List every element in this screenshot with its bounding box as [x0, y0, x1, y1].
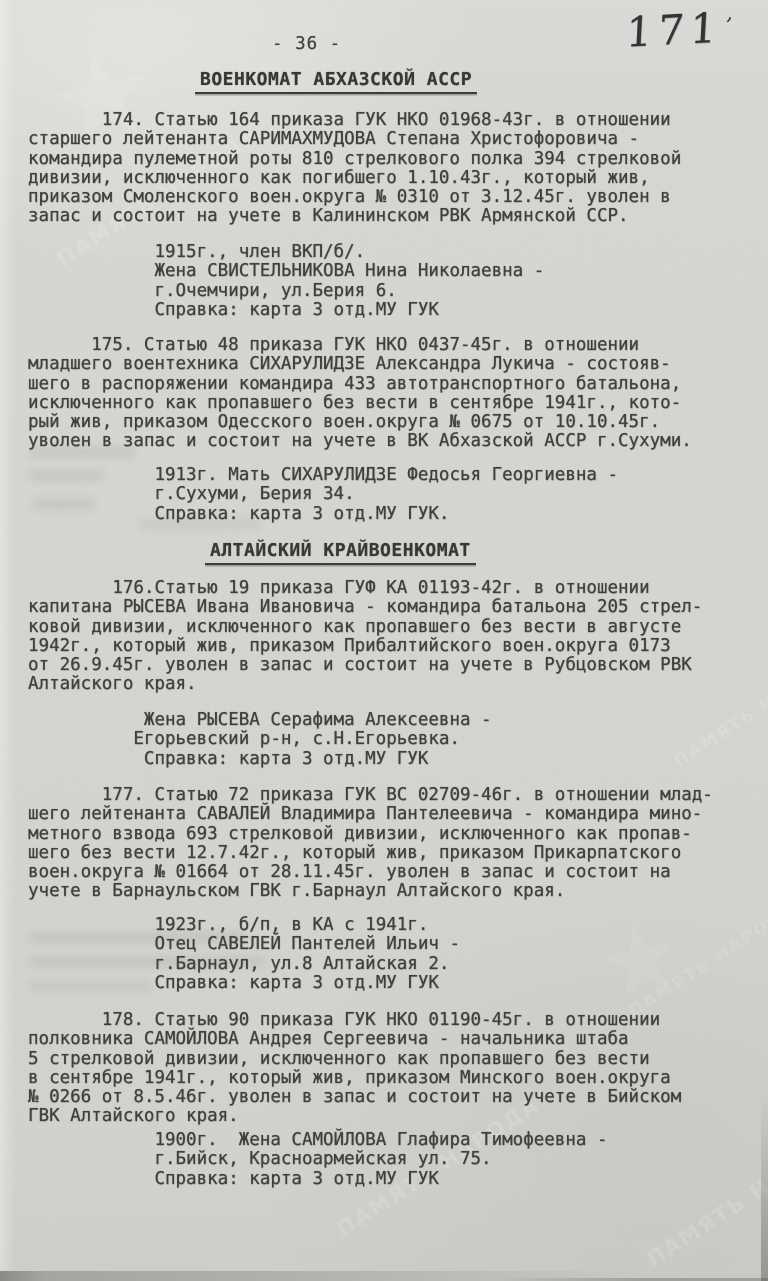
- handwritten-tick-mark: ’: [721, 14, 733, 40]
- section-title-voenkomat-abkhazskoy-assr: ВОЕНКОМАТ АБХАЗСКОЙ АССР: [200, 69, 477, 94]
- entry-178-details: 1900г. Жена САМОЙЛОВА Глафира Тимофеевна…: [28, 1131, 758, 1189]
- document-page: ★ ★ ★ ПАМЯТЬ НАРОДА ПАМЯТЬ НАРОДА ПАМЯТЬ…: [0, 0, 768, 1281]
- entry-175-details: 1913г. Мать СИХАРУЛИДЗЕ Федосья Георгиев…: [28, 466, 758, 524]
- section-title-text: ВОЕНКОМАТ АБХАЗСКОЙ АССР: [195, 69, 477, 94]
- entry-175-body: 175. Статью 48 приказа ГУК НКО 0437-45г.…: [28, 336, 758, 452]
- typed-page-number: - 36 -: [272, 34, 341, 54]
- handwritten-page-number: 171: [625, 3, 724, 56]
- entry-176-body: 176.Статью 19 приказа ГУФ КА 01193-42г. …: [28, 579, 758, 695]
- entry-178-body: 178. Статью 90 приказа ГУК НКО 01190-45г…: [28, 1011, 758, 1127]
- section-title-text: АЛТАЙСКИЙ КРАЙВОЕНКОМАТ: [205, 540, 476, 565]
- entry-174-body: 174. Статью 164 приказа ГУК НКО 01968-43…: [28, 111, 758, 227]
- section-title-altayskiy-krayvoenkomat: АЛТАЙСКИЙ КРАЙВОЕНКОМАТ: [210, 540, 476, 565]
- page-edge-left: [0, 0, 15, 1281]
- page-edge-right: [761, 1091, 768, 1281]
- entry-176-details: Жена РЫСЕВА Серафима Алексеевна - Егорье…: [28, 711, 758, 769]
- page-edge-bottom: [0, 1271, 768, 1281]
- entry-177-body: 177. Статью 72 приказа ГУК ВС 02709-46г.…: [28, 786, 758, 902]
- entry-177-details: 1923г., б/п, в КА с 1941г. Отец САВЕЛЕЙ …: [28, 916, 758, 993]
- entry-174-details: 1915г., член ВКП/б/. Жена СВИСТЕЛЬНИКОВА…: [28, 243, 758, 320]
